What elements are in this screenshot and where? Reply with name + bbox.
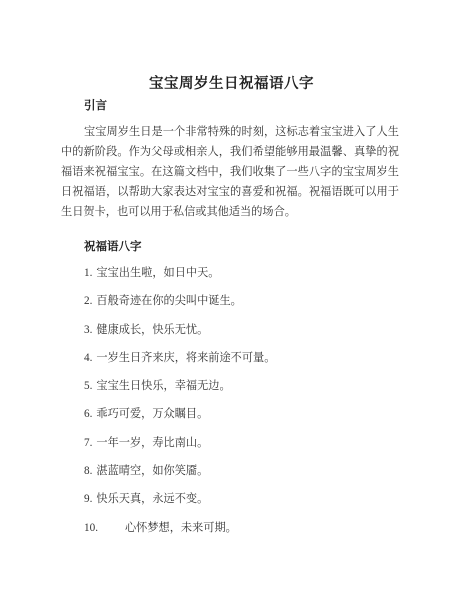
list-item: 1.宝宝出生啦，如日中天。 (84, 266, 414, 280)
list-item: 2.百般奇迹在你的尖叫中诞生。 (84, 294, 414, 308)
intro-section-heading: 引言 (84, 97, 107, 113)
list-item-number: 6. (84, 407, 92, 421)
list-item-number: 2. (84, 294, 92, 308)
list-item: 8.湛蓝晴空，如你笑靥。 (84, 464, 414, 478)
list-item-text: 宝宝生日快乐，幸福无边。 (96, 380, 230, 392)
list-item: 4.一岁生日齐来庆，将来前途不可量。 (84, 351, 414, 365)
list-item-text: 健康成长，快乐无忧。 (96, 324, 208, 336)
list-item-number: 5. (84, 379, 92, 393)
list-item-number: 4. (84, 351, 92, 365)
list-item: 7.一年一岁，寿比南山。 (84, 436, 414, 450)
list-item-text: 宝宝出生啦，如日中天。 (96, 267, 219, 279)
list-item-text: 一年一岁，寿比南山。 (96, 437, 208, 449)
list-item-text: 快乐天真，永远不变。 (96, 493, 208, 505)
list-item-number: 10. (84, 521, 98, 535)
intro-paragraph: 宝宝周岁生日是一个非常特殊的时刻，这标志着宝宝进入了人生中的新阶段。作为父母或相… (61, 122, 399, 222)
list-item-text: 一岁生日齐来庆，将来前途不可量。 (96, 352, 275, 364)
list-item-text: 湛蓝晴空，如你笑靥。 (96, 465, 208, 477)
blessings-list: 1.宝宝出生啦，如日中天。 2.百般奇迹在你的尖叫中诞生。 3.健康成长，快乐无… (84, 266, 414, 549)
list-item-text: 百般奇迹在你的尖叫中诞生。 (96, 295, 241, 307)
list-item-number: 9. (84, 492, 92, 506)
list-item: 10.心怀梦想，未来可期。 (84, 521, 414, 535)
blessings-section-heading: 祝福语八字 (84, 238, 142, 254)
list-item-number: 7. (84, 436, 92, 450)
list-item: 3.健康成长，快乐无忧。 (84, 323, 414, 337)
document-title: 宝宝周岁生日祝福语八字 (0, 72, 463, 93)
list-item-text: 乖巧可爱，万众瞩目。 (96, 408, 208, 420)
list-item: 9.快乐天真，永远不变。 (84, 492, 414, 506)
list-item-number: 3. (84, 323, 92, 337)
document-page: 宝宝周岁生日祝福语八字 引言 宝宝周岁生日是一个非常特殊的时刻，这标志着宝宝进入… (0, 0, 463, 600)
list-item-number: 8. (84, 464, 92, 478)
list-item-number: 1. (84, 266, 92, 280)
list-item-text: 心怀梦想，未来可期。 (125, 522, 237, 534)
list-item: 6.乖巧可爱，万众瞩目。 (84, 407, 414, 421)
list-item: 5.宝宝生日快乐，幸福无边。 (84, 379, 414, 393)
